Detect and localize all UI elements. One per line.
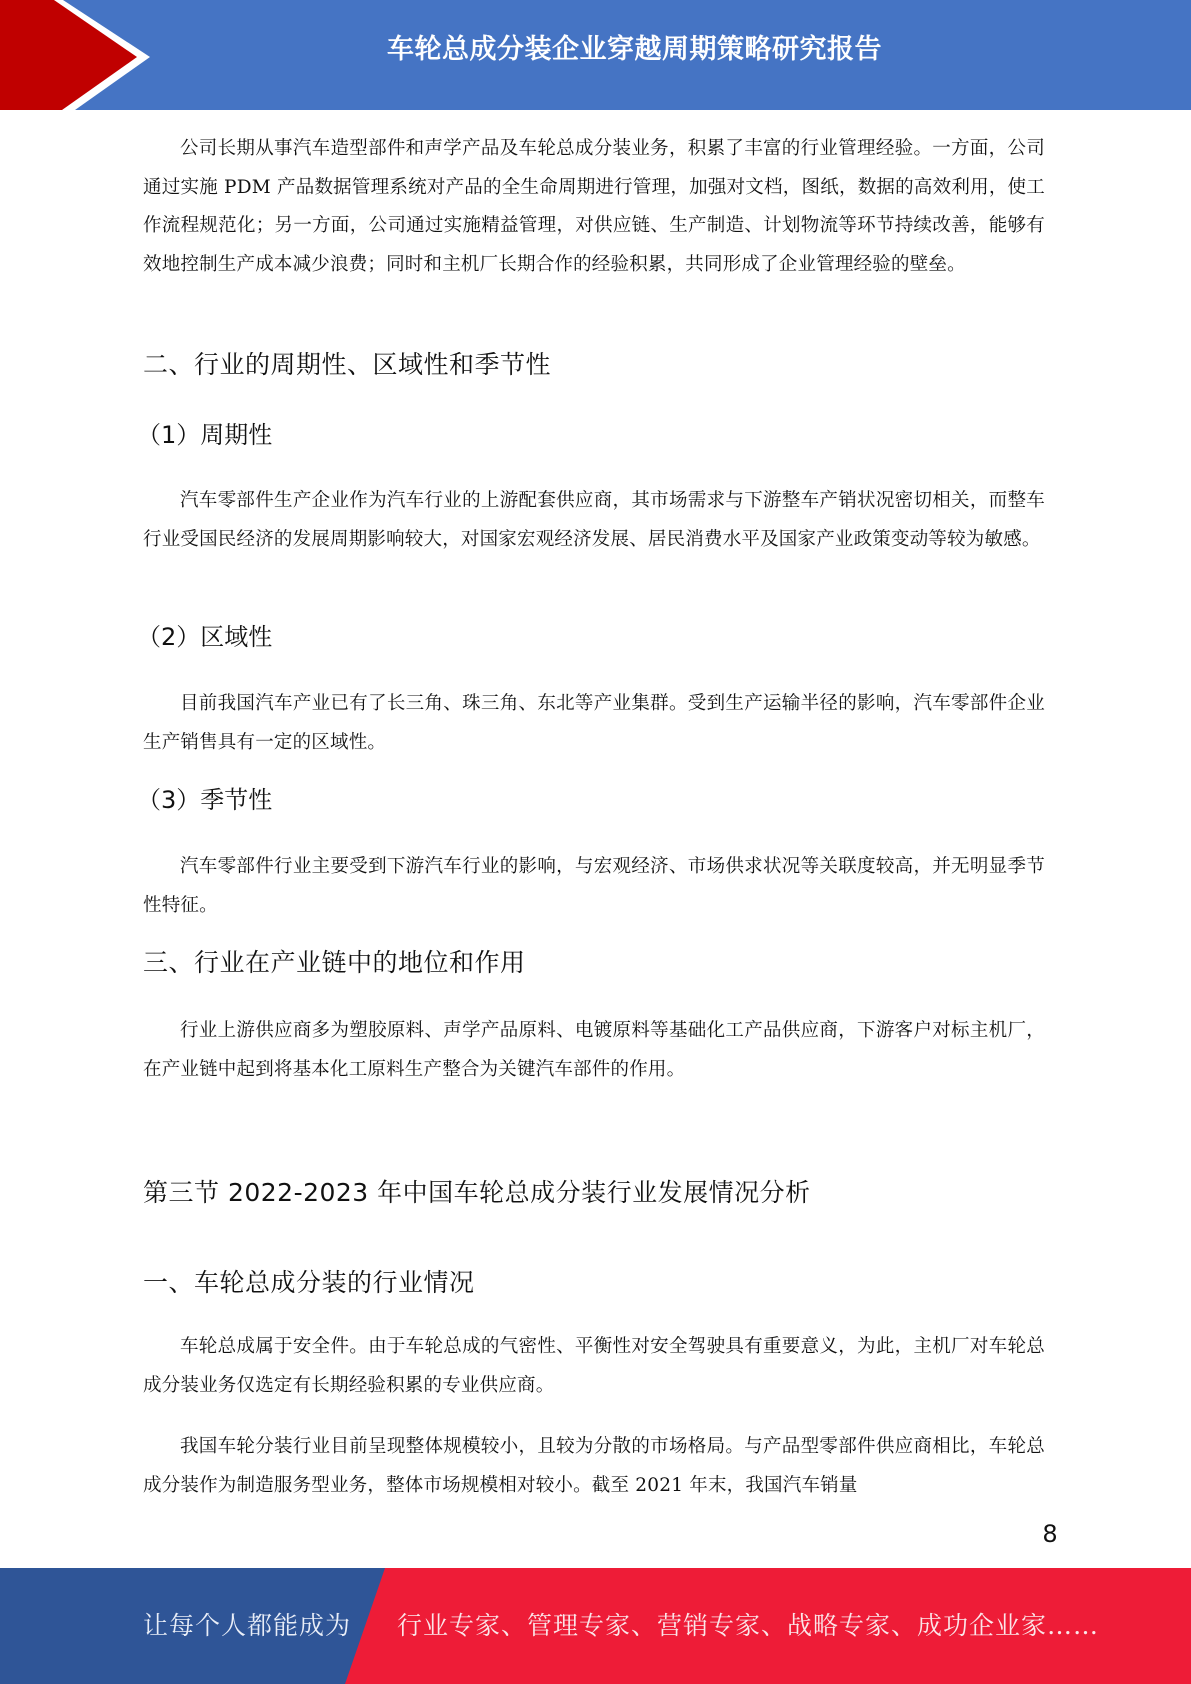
section-3-body: 行业上游供应商多为塑胶原料、声学产品原料、电镀原料等基础化工产品供应商，下游客户… xyxy=(143,1012,1045,1089)
industry-overview-body-1: 车轮总成属于安全件。由于车轮总成的气密性、平衡性对安全驾驶具有重要意义，为此，主… xyxy=(143,1328,1045,1405)
industry-overview-heading: 一、车轮总成分装的行业情况 xyxy=(143,1263,1045,1299)
regionality-body: 目前我国汽车产业已有了长三角、珠三角、东北等产业集群。受到生产运输半径的影响，汽… xyxy=(143,685,1045,762)
report-title: 车轮总成分装企业穿越周期策略研究报告 xyxy=(0,0,1191,100)
page-number: 8 xyxy=(1030,1520,1070,1548)
subsection-regionality: （2）区域性 xyxy=(143,617,1045,652)
regionality-paragraph: 目前我国汽车产业已有了长三角、珠三角、东北等产业集群。受到生产运输半径的影响，汽… xyxy=(143,685,1045,762)
seasonality-paragraph: 汽车零部件行业主要受到下游汽车行业的影响，与宏观经济、市场供求状况等关联度较高，… xyxy=(143,848,1045,925)
footer-slogan-left: 让每个人都能成为 xyxy=(143,1568,351,1684)
industry-overview-body-2: 我国车轮分装行业目前呈现整体规模较小，且较为分散的市场格局。与产品型零部件供应商… xyxy=(143,1428,1045,1505)
section-3-heading: 三、行业在产业链中的地位和作用 xyxy=(143,943,1045,979)
industry-overview-paragraph-2: 我国车轮分装行业目前呈现整体规模较小，且较为分散的市场格局。与产品型零部件供应商… xyxy=(143,1428,1045,1505)
footer-slogan-right: 行业专家、管理专家、营销专家、战略专家、成功企业家…… xyxy=(397,1568,1099,1684)
subsection-cyclicality: （1）周期性 xyxy=(143,415,1045,450)
section-1-new: 一、车轮总成分装的行业情况 xyxy=(143,1263,1045,1299)
cyclicality-body: 汽车零部件生产企业作为汽车行业的上游配套供应商，其市场需求与下游整车产销状况密切… xyxy=(143,482,1045,559)
intro-block: 公司长期从事汽车造型部件和声学产品及车轮总成分装业务，积累了丰富的行业管理经验。… xyxy=(143,130,1045,284)
section-3: 三、行业在产业链中的地位和作用 xyxy=(143,943,1045,979)
page-header: 车轮总成分装企业穿越周期策略研究报告 xyxy=(0,0,1191,110)
section-3-paragraph: 行业上游供应商多为塑胶原料、声学产品原料、电镀原料等基础化工产品供应商，下游客户… xyxy=(143,1012,1045,1089)
subsection-seasonality-heading: （3）季节性 xyxy=(137,780,1045,815)
page-footer: 让每个人都能成为 行业专家、管理专家、营销专家、战略专家、成功企业家…… xyxy=(0,1568,1191,1684)
industry-overview-paragraph-1: 车轮总成属于安全件。由于车轮总成的气密性、平衡性对安全驾驶具有重要意义，为此，主… xyxy=(143,1328,1045,1405)
seasonality-body: 汽车零部件行业主要受到下游汽车行业的影响，与宏观经济、市场供求状况等关联度较高，… xyxy=(143,848,1045,925)
intro-paragraph: 公司长期从事汽车造型部件和声学产品及车轮总成分装业务，积累了丰富的行业管理经验。… xyxy=(143,130,1045,284)
section-2: 二、行业的周期性、区域性和季节性 xyxy=(143,345,1045,381)
chapter-section: 第三节 2022-2023 年中国车轮总成分装行业发展情况分析 xyxy=(143,1173,1045,1209)
chapter-section-heading: 第三节 2022-2023 年中国车轮总成分装行业发展情况分析 xyxy=(143,1173,1045,1209)
subsection-cyclicality-heading: （1）周期性 xyxy=(137,415,1045,450)
subsection-seasonality: （3）季节性 xyxy=(143,780,1045,815)
subsection-regionality-heading: （2）区域性 xyxy=(137,617,1045,652)
section-2-heading: 二、行业的周期性、区域性和季节性 xyxy=(143,345,1045,381)
cyclicality-paragraph: 汽车零部件生产企业作为汽车行业的上游配套供应商，其市场需求与下游整车产销状况密切… xyxy=(143,482,1045,559)
